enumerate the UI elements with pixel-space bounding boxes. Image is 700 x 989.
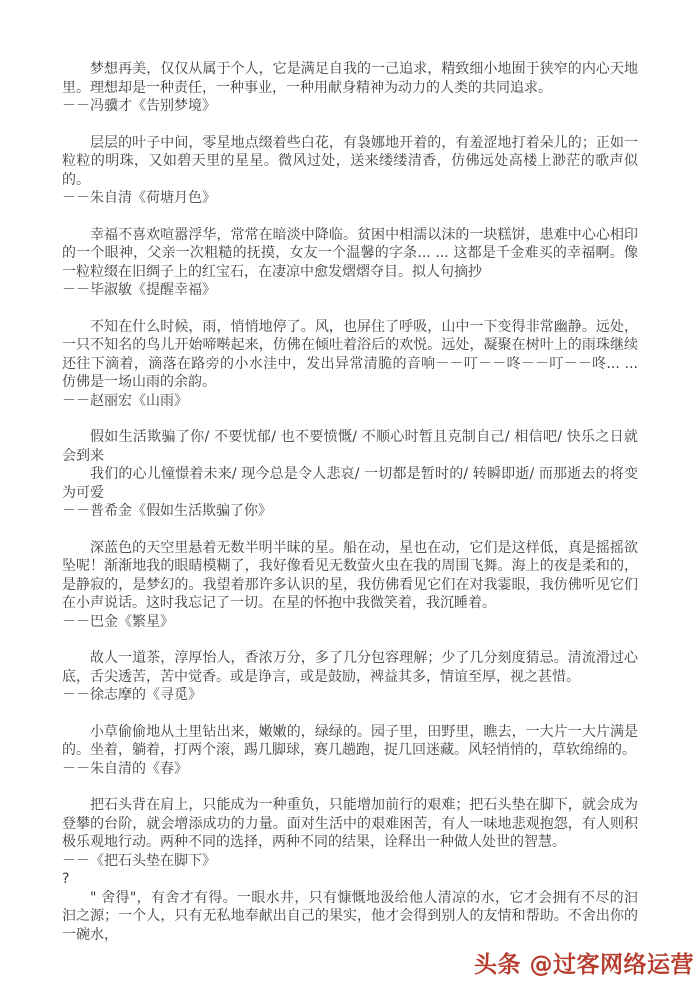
quote-text: " 舍得"，有舍才有得。一眼水井，只有慷慨地汲给他人清凉的水，它才会拥有不尽的汩…: [62, 889, 638, 945]
quote-block-fengjicai: 梦想再美，仅仅从属于个人，它是满足自我的一己追求，精致细小地囿于狭窄的内心天地里…: [62, 60, 638, 116]
quote-text: 我们的心儿憧憬着未来/ 现今总是令人悲哀/ 一切都是暂时的/ 转瞬即逝/ 而那逝…: [62, 465, 638, 502]
toutiao-watermark: 头条 @过客网络运营: [474, 946, 694, 979]
quote-attribution: －－朱自清《荷塘月色》: [62, 189, 638, 208]
quote-text: 把石头背在肩上，只能成为一种重负，只能增加前行的艰难；把石头垫在脚下，就会成为登…: [62, 796, 638, 852]
quote-text: 梦想再美，仅仅从属于个人，它是满足自我的一己追求，精致细小地囿于狭窄的内心天地里…: [62, 60, 638, 97]
stray-question-mark: ?: [62, 870, 638, 889]
quote-attribution: －－巴金《繁星》: [62, 613, 638, 632]
quote-attribution: －－毕淑敏《提醒幸福》: [62, 281, 638, 300]
quote-block-pushkin: 假如生活欺骗了你/ 不要忧郁/ 也不要愤慨/ 不顺心时暂且克制自己/ 相信吧/ …: [62, 428, 638, 521]
quote-block-shitou: 把石头背在肩上，只能成为一种重负，只能增加前行的艰难；把石头垫在脚下，就会成为登…: [62, 796, 638, 889]
quote-block-tixing-xingfu: 幸福不喜欢喧嚣浮华，常常在暗淡中降临。贫困中相濡以沫的一块糕饼，患难中心心相印的…: [62, 226, 638, 300]
quote-block-shanyu: 不知在什么时候，雨，悄悄地停了。风，也屏住了呼吸，山中一下变得非常幽静。远处，一…: [62, 318, 638, 411]
quote-text: 假如生活欺骗了你/ 不要忧郁/ 也不要愤慨/ 不顺心时暂且克制自己/ 相信吧/ …: [62, 428, 638, 465]
quote-block-chun: 小草偷偷地从土里钻出来，嫩嫩的，绿绿的。园子里，田野里，瞧去，一大片一大片满是的…: [62, 723, 638, 779]
quote-attribution: －－《把石头垫在脚下》: [62, 852, 638, 871]
quote-attribution: －－普希金《假如生活欺骗了你》: [62, 502, 638, 521]
quote-text: 层层的叶子中间，零星地点缀着些白花，有袅娜地开着的，有羞涩地打着朵儿的；正如一粒…: [62, 134, 638, 190]
quote-text: 幸福不喜欢喧嚣浮华，常常在暗淡中降临。贫困中相濡以沫的一块糕饼，患难中心心相印的…: [62, 226, 638, 282]
article-page: 梦想再美，仅仅从属于个人，它是满足自我的一己追求，精致细小地囿于狭窄的内心天地里…: [0, 0, 700, 989]
quote-block-shede: " 舍得"，有舍才有得。一眼水井，只有慷慨地汲给他人清凉的水，它才会拥有不尽的汩…: [62, 889, 638, 945]
quote-text: 小草偷偷地从土里钻出来，嫩嫩的，绿绿的。园子里，田野里，瞧去，一大片一大片满是的…: [62, 723, 638, 760]
quote-text: 不知在什么时候，雨，悄悄地停了。风，也屏住了呼吸，山中一下变得非常幽静。远处，一…: [62, 318, 638, 392]
quote-attribution: －－冯骥才《告别梦境》: [62, 97, 638, 116]
quote-text: 故人一道茶，淳厚怡人，香浓万分，多了几分包容理解；少了几分刻度猜忌。清流滑过心底…: [62, 649, 638, 686]
quote-attribution: －－朱自清的《春》: [62, 760, 638, 779]
quote-attribution: －－赵丽宏《山雨》: [62, 392, 638, 411]
quote-text: 深蓝色的天空里悬着无数半明半昧的星。船在动，星也在动，它们是这样低，真是摇摇欲坠…: [62, 539, 638, 613]
quote-block-hetang-yuese: 层层的叶子中间，零星地点缀着些白花，有袅娜地开着的，有羞涩地打着朵儿的；正如一粒…: [62, 134, 638, 208]
quote-attribution: －－徐志摩的《寻觅》: [62, 686, 638, 705]
quote-block-xunmi: 故人一道茶，淳厚怡人，香浓万分，多了几分包容理解；少了几分刻度猜忌。清流滑过心底…: [62, 649, 638, 705]
quote-block-fanxing: 深蓝色的天空里悬着无数半明半昧的星。船在动，星也在动，它们是这样低，真是摇摇欲坠…: [62, 539, 638, 632]
